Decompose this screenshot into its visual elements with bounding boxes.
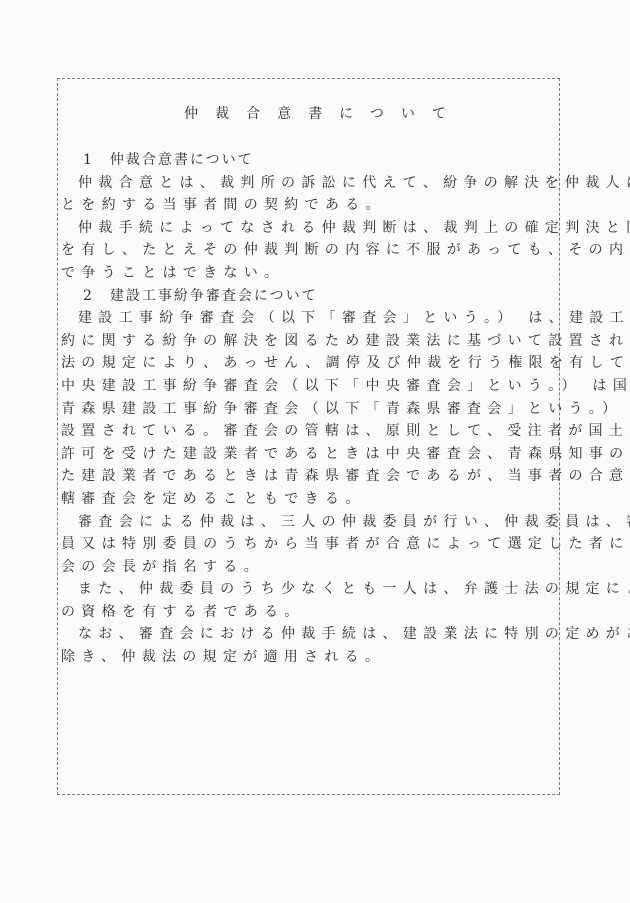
section-2-paragraph-1-cont: 設置されている。審査会の管轄は、原則として、受注者が国土交通大臣の	[61, 420, 561, 443]
document-body: 1 仲裁合意書について 仲裁合意とは、裁判所の訴訟に代えて、紛争の解決を仲裁人に…	[61, 149, 561, 669]
section-2-paragraph-4: なお、審査会における仲裁手続は、建設業法に特別の定めがある場合を	[61, 623, 561, 646]
section-2-paragraph-1-cont: 約に関する紛争の解決を図るため建設業法に基づいて設置されており、同	[61, 330, 561, 353]
section-2-paragraph-1-cont: 法の規定により、あっせん、調停及び仲裁を行う権限を有している。また、	[61, 352, 561, 375]
section-2-paragraph-1-cont: た建設業者であるときは青森県審査会であるが、当事者の合意によって管	[61, 465, 561, 488]
section-2-paragraph-1-cont: 轄審査会を定めることもできる。	[61, 488, 561, 511]
section-2-paragraph-2-cont: 会の会長が指名する。	[61, 556, 561, 579]
section-2-paragraph-1-cont: 青森県建設工事紛争審査会（以下「青森県審査会」という。） は青森県に	[61, 398, 561, 421]
section-2-paragraph-1-cont: 中央建設工事紛争審査会（以下「中央審査会」という。） は国土交通省に、	[61, 375, 561, 398]
section-1-paragraph-2-cont: で争うことはできない。	[61, 262, 561, 285]
section-2-paragraph-1: 建設工事紛争審査会（以下「審査会」という。） は、建設工事の請負契	[61, 307, 561, 330]
document-title: 仲裁合意書について	[0, 104, 630, 124]
section-1-paragraph-2: 仲裁手続によってなされる仲裁判断は、裁判上の確定判決と同一の効力	[61, 217, 561, 240]
section-2-paragraph-2-cont: 員又は特別委員のうちから当事者が合意によって選定した者につき、審査	[61, 533, 561, 556]
section-1-paragraph-1-cont: とを約する当事者間の契約である。	[61, 194, 561, 217]
section-1-paragraph-2-cont: を有し、たとえその仲裁判断の内容に不服があっても、その内容を裁判所	[61, 239, 561, 262]
section-2-paragraph-3-cont: の資格を有する者である。	[61, 601, 561, 624]
section-2-paragraph-2: 審査会による仲裁は、三人の仲裁委員が行い、仲裁委員は、審査会の委	[61, 511, 561, 534]
section-1-paragraph-1: 仲裁合意とは、裁判所の訴訟に代えて、紛争の解決を仲裁人に委ねるこ	[61, 172, 561, 195]
section-2-heading: 2 建設工事紛争審査会について	[61, 285, 561, 308]
section-2-paragraph-3: また、仲裁委員のうち少なくとも一人は、弁護士法の規定による弁護士	[61, 578, 561, 601]
section-1-heading: 1 仲裁合意書について	[61, 149, 561, 172]
section-2-paragraph-1-cont: 許可を受けた建設業者であるときは中央審査会、青森県知事の許可を受け	[61, 443, 561, 466]
section-2-paragraph-4-cont: 除き、仲裁法の規定が適用される。	[61, 646, 561, 669]
